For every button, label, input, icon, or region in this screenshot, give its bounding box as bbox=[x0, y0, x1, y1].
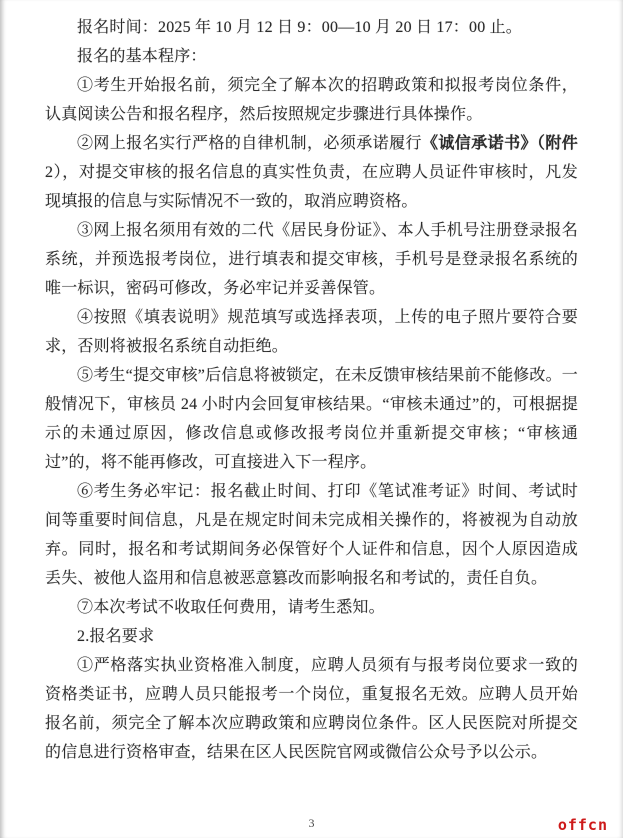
text-segment: ①严格落实执业资格准入制度，应聘人员须有与报考岗位要求一致的资格类证书，应聘人员… bbox=[45, 657, 578, 761]
text-segment: ①考生开始报名前，须完全了解本次的招聘政策和拟报考岗位条件，认真阅读公告和报名程… bbox=[45, 77, 578, 123]
page-number: 3 bbox=[309, 817, 315, 829]
text-segment: ③网上报名须用有效的二代《居民身份证》、本人手机号注册登录报名系统，并预选报考岗… bbox=[45, 222, 578, 297]
paragraph: ④按照《填表说明》规范填写或选择表项，上传的电子照片要符合要求，否则将被报名系统… bbox=[45, 303, 578, 361]
offcn-watermark: offcn bbox=[558, 818, 608, 833]
text-segment: ②网上报名实行严格的自律机制，必须承诺履行 bbox=[77, 135, 422, 152]
paragraph: ②网上报名实行严格的自律机制，必须承诺履行《诚信承诺书》（附件2），对提交审核的… bbox=[45, 129, 578, 216]
text-segment: 2），对提交审核的报名信息的真实性负责，在应聘人员证件审核时，凡发现填报的信息与… bbox=[45, 164, 578, 210]
page-footer: 3 offcn bbox=[0, 804, 623, 838]
paragraph: 报名时间：2025 年 10 月 12 日 9：00—10 月 20 日 17：… bbox=[45, 13, 578, 42]
text-segment: ⑤考生“提交审核”后信息将被锁定，在未反馈审核结果前不能修改。一般情况下，审核员… bbox=[45, 367, 578, 471]
paragraph: ③网上报名须用有效的二代《居民身份证》、本人手机号注册登录报名系统，并预选报考岗… bbox=[45, 216, 578, 303]
text-segment: ⑦本次考试不收取任何费用，请考生悉知。 bbox=[77, 599, 385, 616]
paragraph: ⑥考生务必牢记：报名截止时间、打印《笔试准考证》时间、考试时间等重要时间信息，凡… bbox=[45, 477, 578, 593]
text-segment: 报名的基本程序： bbox=[77, 48, 207, 65]
paragraph: 2.报名要求 bbox=[45, 622, 578, 651]
paragraph: ⑤考生“提交审核”后信息将被锁定，在未反馈审核结果前不能修改。一般情况下，审核员… bbox=[45, 361, 578, 477]
paragraph: ①考生开始报名前，须完全了解本次的招聘政策和拟报考岗位条件，认真阅读公告和报名程… bbox=[45, 71, 578, 129]
paragraph: 报名的基本程序： bbox=[45, 42, 578, 71]
text-segment: 报名时间：2025 年 10 月 12 日 9：00—10 月 20 日 17：… bbox=[77, 19, 522, 36]
text-segment: 2.报名要求 bbox=[77, 628, 154, 645]
paragraph: ⑦本次考试不收取任何费用，请考生悉知。 bbox=[45, 593, 578, 622]
text-segment: ⑥考生务必牢记：报名截止时间、打印《笔试准考证》时间、考试时间等重要时间信息，凡… bbox=[45, 483, 578, 587]
text-segment: ④按照《填表说明》规范填写或选择表项，上传的电子照片要符合要求，否则将被报名系统… bbox=[45, 309, 578, 355]
bold-text-segment: 《诚信承诺书》（附件 bbox=[422, 135, 578, 152]
paragraph: ①严格落实执业资格准入制度，应聘人员须有与报考岗位要求一致的资格类证书，应聘人员… bbox=[45, 651, 578, 767]
document-page: 报名时间：2025 年 10 月 12 日 9：00—10 月 20 日 17：… bbox=[0, 0, 623, 838]
document-body: 报名时间：2025 年 10 月 12 日 9：00—10 月 20 日 17：… bbox=[45, 13, 578, 767]
